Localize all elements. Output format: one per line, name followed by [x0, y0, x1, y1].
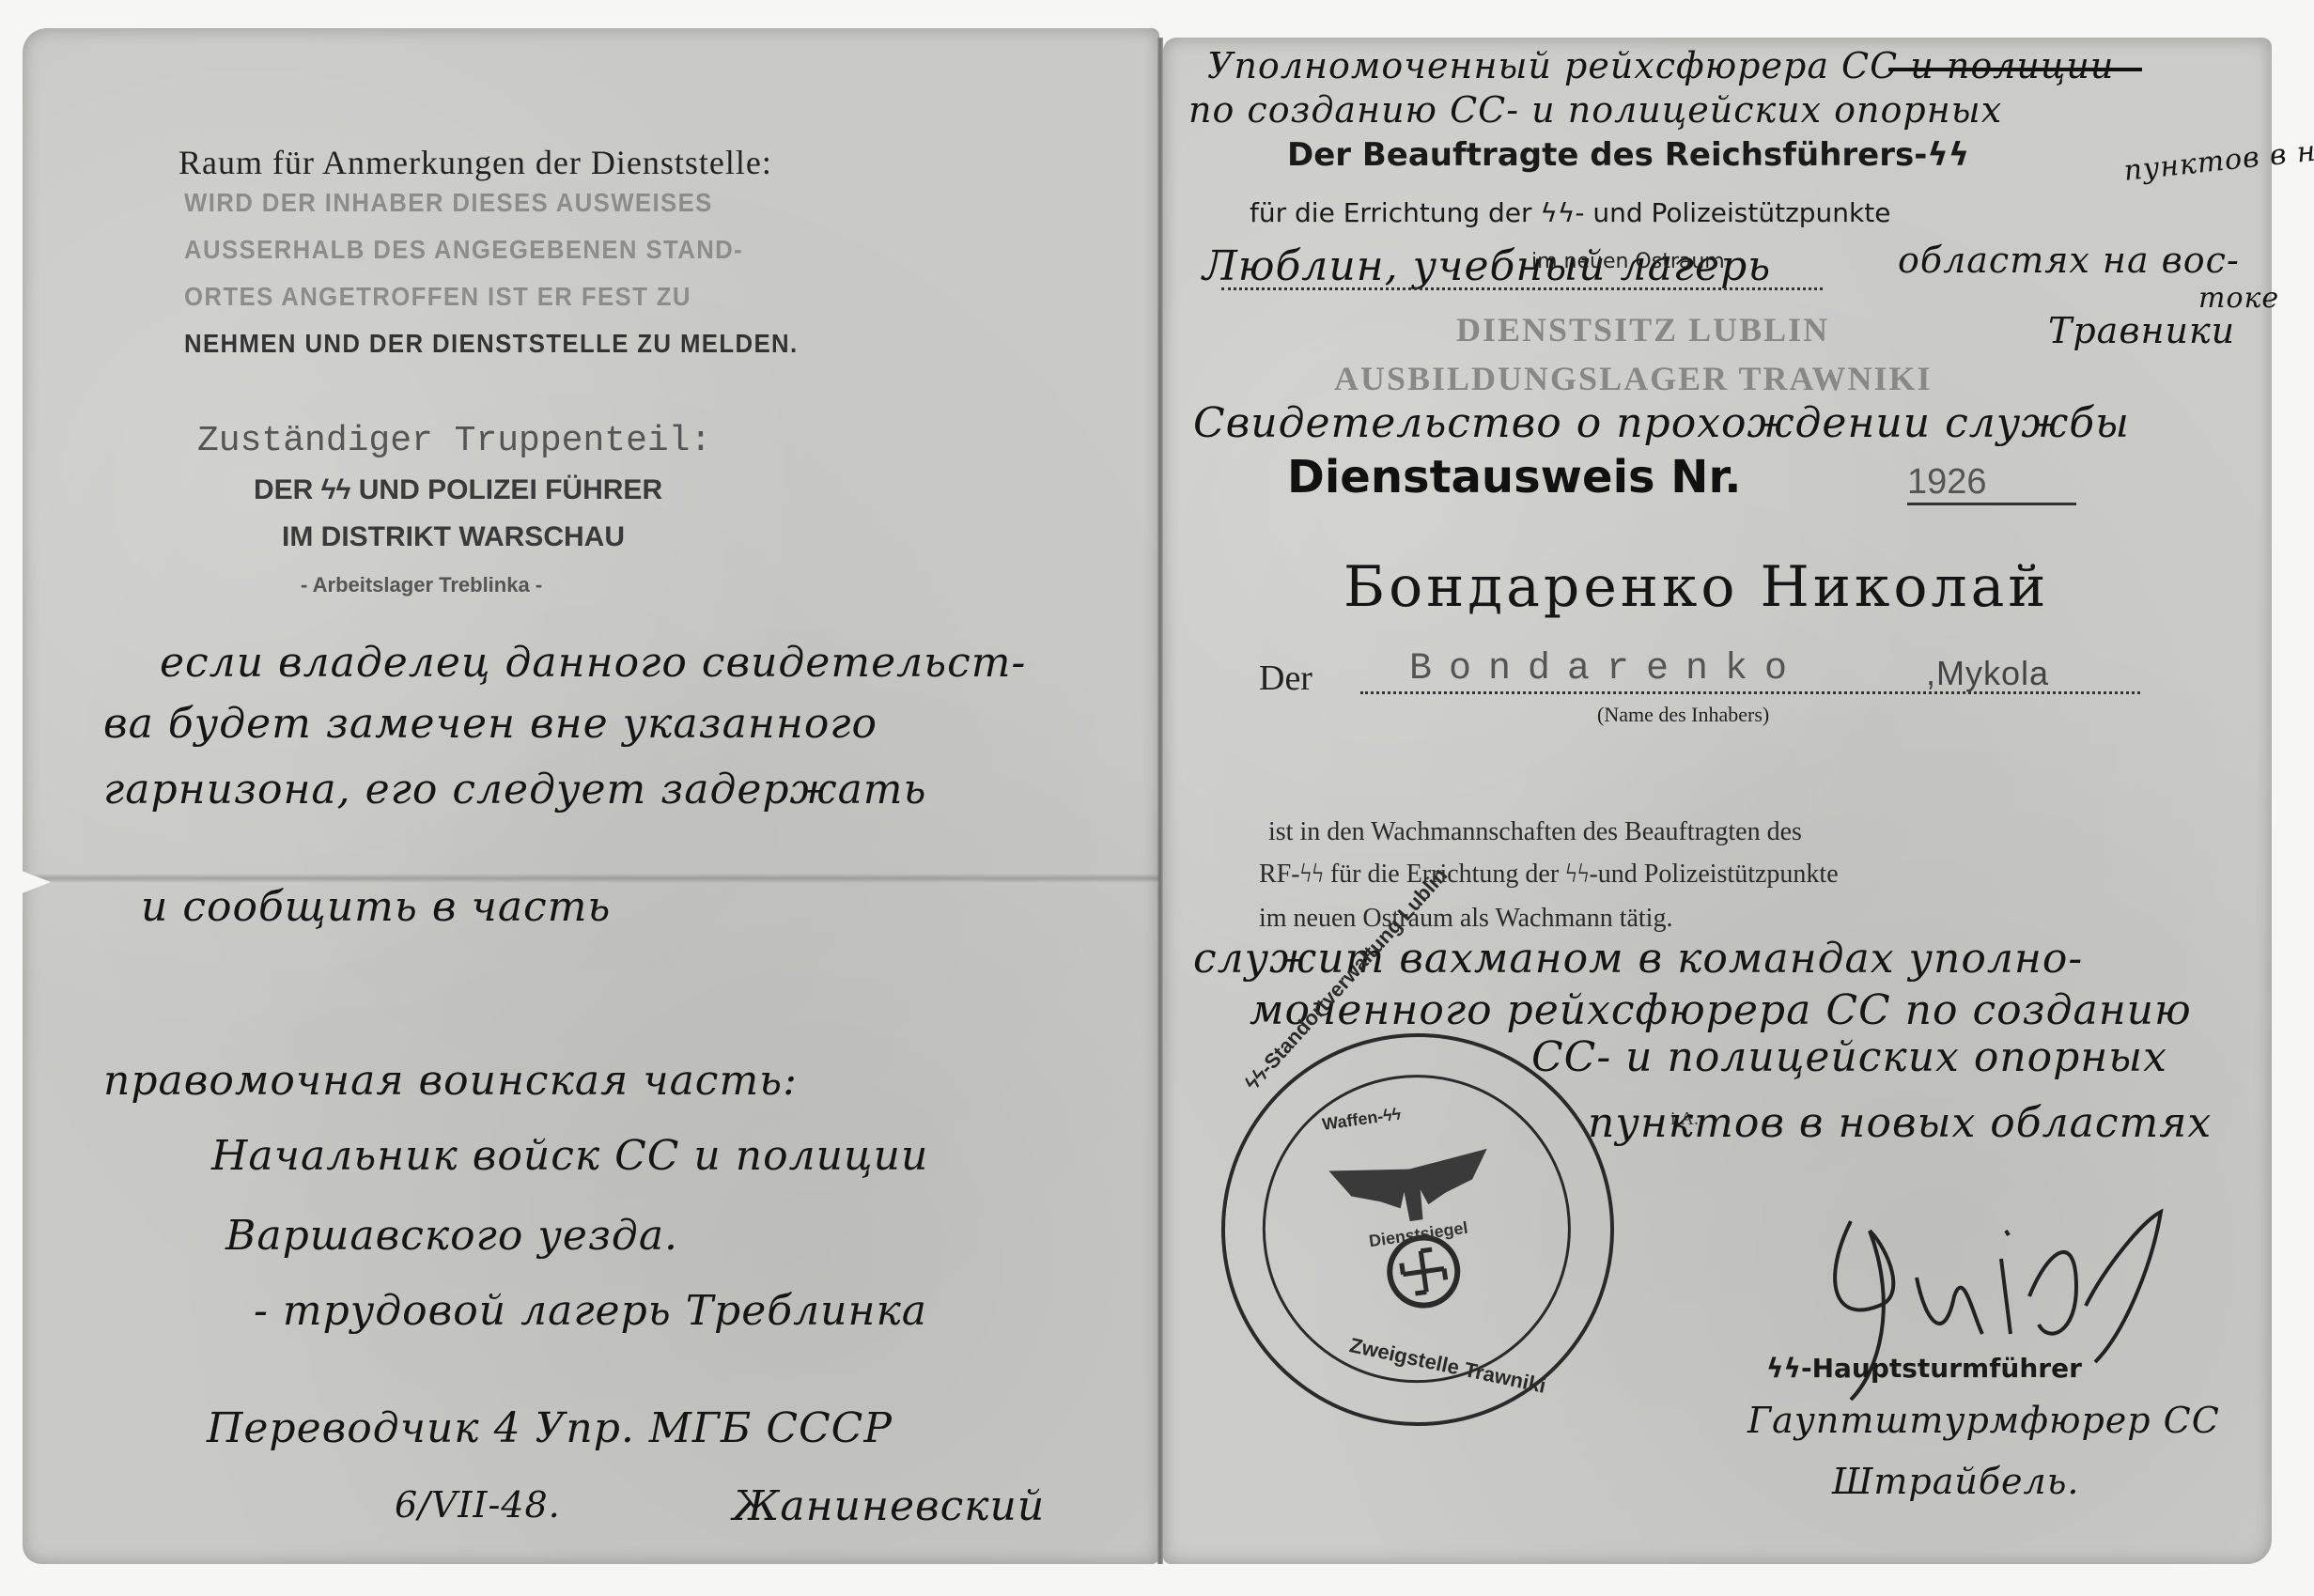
handwritten-holder-name: Бондаренко Николай	[1343, 554, 2049, 620]
unit-stamp-line-3: - Arbeitslager Treblinka -	[301, 573, 542, 597]
notice-line-3: ORTES ANGETROFFEN IST ER FEST ZU	[184, 282, 691, 312]
name-dotted-line	[1360, 691, 2140, 694]
handwritten-header-4: областях на вос-	[1898, 240, 2240, 281]
handwritten-body-1: служит вахманом в командах уполно-	[1193, 935, 2083, 983]
body-line-1: ist in den Wachmannschaften des Beauftra…	[1268, 817, 1802, 847]
notice-line-1: WIRD DER INHABER DIESES AUSWEISES	[184, 188, 713, 218]
handwritten-unit-3: Варшавского уезда.	[225, 1212, 678, 1260]
notice-line-4: NEHMEN UND DER DIENSTSTELLE ZU MELDEN.	[184, 329, 799, 359]
translator-line: Переводчик 4 Упр. МГБ СССР	[207, 1404, 893, 1452]
handwritten-body-3: СС- и полицейских опорных	[1531, 1033, 2167, 1081]
handwritten-doc-title: Свидетельство о прохождении службы	[1193, 399, 2130, 447]
handwritten-trawniki: Травники	[2048, 310, 2235, 351]
handwritten-notice-2: ва будет замечен вне указанного	[103, 700, 877, 748]
typed-surname: Bondarenko	[1409, 648, 1804, 690]
handwritten-signer: Штрайбель.	[1832, 1461, 2080, 1502]
typed-given-name: ,Mykola	[1926, 654, 2049, 693]
doc-number-underline	[1907, 503, 2076, 505]
handwritten-rank: Гауптштурмфюрер СС	[1747, 1400, 2220, 1441]
horizontal-crease	[23, 874, 1159, 883]
handwritten-unit-2: Начальник войск СС и полиции	[211, 1132, 928, 1180]
dotted-line-location	[1221, 287, 1823, 290]
notice-line-2: AUSSERHALB DES ANGEGEBENEN STAND-	[184, 235, 743, 265]
unit-stamp-line-2: IM DISTRIKT WARSCHAU	[282, 521, 625, 553]
ostraum-label: im neuen Ostraum	[1531, 250, 1725, 273]
handwritten-notice-1: если владелец данного свидетельст-	[160, 639, 1026, 687]
handwritten-notice-4: и сообщить в часть	[141, 883, 611, 931]
handwritten-header-2: по созданию СС- и полицейских опорных	[1188, 89, 2002, 131]
handwritten-notice-3: гарнизона, его следует задержать	[103, 766, 927, 813]
handwritten-header-1: Уполномоченный рейхсфюрера СС и полиции	[1207, 45, 2114, 86]
doc-number: 1926	[1907, 462, 1987, 503]
name-caption: (Name des Inhabers)	[1597, 703, 1769, 727]
signer-rank: ϟϟ-Hauptsturmführer	[1766, 1353, 2082, 1384]
stamp-ausbildungslager: AUSBILDUNGSLAGER TRAWNIKI	[1334, 359, 1932, 398]
handwritten-body-2: моченного рейхсфюрера СС по созданию	[1250, 986, 2192, 1034]
issuer-subtitle: für die Errichtung der ϟϟ- und Polizeist…	[1250, 197, 1890, 228]
center-fold	[1157, 38, 1163, 1564]
unit-stamp-line-1: DER ϟϟ UND POLIZEI FÜHRER	[254, 474, 662, 506]
translator-signature: Жаниневский	[733, 1482, 1045, 1530]
handwritten-body-4: пунктов в новых областях	[1588, 1099, 2212, 1147]
doc-title: Dienstausweis Nr.	[1287, 451, 1742, 504]
remarks-heading: Raum für Anmerkungen der Dienststelle:	[179, 143, 772, 182]
issuer-title: Der Beauftragte des Reichsführers-ϟϟ	[1287, 136, 1969, 174]
stamp-dienstsitz: DIENSTSITZ LUBLIN	[1456, 310, 1829, 349]
body-line-2: RF-ϟϟ für die Errichtung der ϟϟ-und Poli…	[1259, 860, 1839, 890]
handwritten-unit-4: - трудовой лагерь Треблинка	[254, 1287, 927, 1335]
handwritten-unit-1: правомочная воинская часть:	[103, 1057, 798, 1105]
strikethrough-header	[1888, 68, 2142, 71]
body-line-3: im neuen Ostraum als Wachmann tätig.	[1259, 904, 1672, 934]
translator-date: 6/VII-48.	[395, 1484, 561, 1526]
unit-label: Zuständiger Truppenteil:	[197, 421, 711, 461]
der-label: Der	[1259, 658, 1312, 699]
